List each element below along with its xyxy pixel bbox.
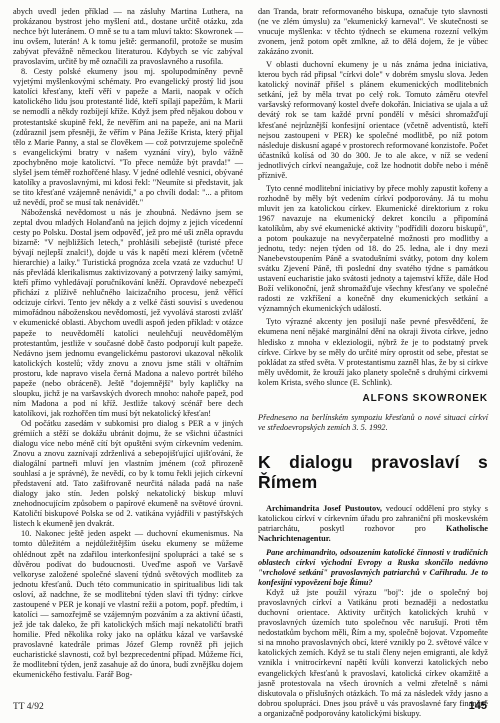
paragraph: abych uvedl jeden příklad — na zásluhy M… [13, 7, 243, 67]
paragraph: Náboženská nevědomost u nás je zhoubná. … [13, 208, 243, 419]
paragraph: Od počátku zasedám v subkomisi pro dialo… [13, 419, 243, 530]
page-footer: TT 4/92 145 [13, 700, 487, 712]
text-segment: Archimandrita Josef Pustoutov, [266, 504, 382, 513]
right-column: dan Tranda, bratr reformovaného biskupa,… [258, 7, 488, 719]
interview-question: Pane archimandrito, odsouzením katolické… [258, 548, 488, 588]
page-number: 145 [469, 700, 487, 712]
article-title-dialogue-orthodoxy-rome: K dialogu pravoslaví s Římem [258, 452, 488, 492]
journal-issue-label: TT 4/92 [13, 702, 44, 712]
journal-page: abych uvedl jeden příklad — na zásluhy M… [0, 0, 500, 723]
paragraph: Tyto cenné modlitební iniciativy by přec… [258, 184, 488, 315]
author-byline: ALFONS SKOWRONEK [258, 394, 488, 404]
left-column: abych uvedl jeden příklad — na zásluhy M… [13, 7, 243, 719]
lecture-source-note: Předneseno na berlínském sympoziu křesťa… [258, 413, 488, 433]
paragraph: dan Tranda, bratr reformovaného biskupa,… [258, 7, 488, 57]
paragraph: 10. Nakonec ještě jeden aspekt — duchovn… [13, 529, 243, 680]
paragraph: Tyto výrazné akcenty jen posilují naše p… [258, 317, 488, 387]
interview-intro: Archimandrita Josef Pustoutov, vedoucí o… [258, 504, 488, 544]
two-column-text-area: abych uvedl jeden příklad — na zásluhy M… [13, 7, 488, 719]
paragraph: V oblasti duchovní ekumeny je u nás znám… [258, 60, 488, 181]
article-ecumenism-right-paragraphs: dan Tranda, bratr reformovaného biskupa,… [258, 7, 488, 388]
paragraph: 8. Cesty polské ekumeny jsou mj. spolupo… [13, 67, 243, 208]
